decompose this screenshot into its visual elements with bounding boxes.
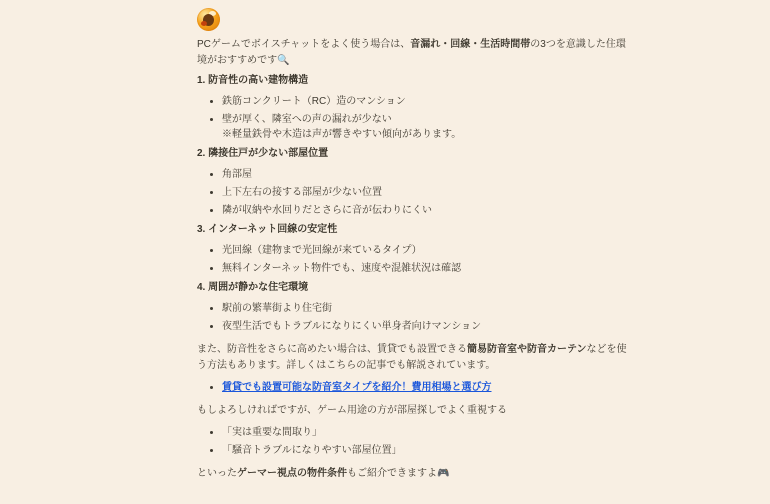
offer-paragraph: もしよろしければですが、ゲーム用途の方が部屋探しでよく重視する bbox=[197, 403, 633, 419]
note-line: ※軽量鉄骨や木造は声が響きやすい傾向があります。 bbox=[222, 127, 633, 142]
list-item: 鉄筋コンクリート（RC）造のマンション bbox=[222, 94, 633, 109]
followup-paragraph: また、防音性をさらに高めたい場合は、賃貸でも設置できる簡易防音室や防音カーテンな… bbox=[197, 342, 633, 374]
article-link-list: 賃貸でも設置可能な防音室タイプを紹介！費用相場と選び方 bbox=[197, 380, 633, 395]
offer-list: 「実は重要な間取り」 「騒音トラブルになりやすい部屋位置」 bbox=[197, 425, 633, 458]
list-item: 夜型生活でもトラブルになりにくい単身者向けマンション bbox=[222, 319, 633, 334]
closing-text: といった bbox=[197, 468, 237, 479]
followup-bold-keywords: 簡易防音室や防音カーテン bbox=[467, 344, 587, 355]
section-list-quiet-area: 駅前の繁華街より住宅街 夜型生活でもトラブルになりにくい単身者向けマンション bbox=[197, 301, 633, 334]
intro-text: PCゲームでボイスチャットをよく使う場合は、 bbox=[197, 39, 410, 50]
section-list-soundproof-structure: 鉄筋コンクリート（RC）造のマンション 壁が厚く、隣室への声の漏れが少ない※軽量… bbox=[197, 94, 633, 142]
soundproof-room-article-link[interactable]: 賃貸でも設置可能な防音室タイプを紹介！費用相場と選び方 bbox=[222, 382, 492, 393]
list-item: 無料インターネット物件でも、速度や混雑状況は確認 bbox=[222, 261, 633, 276]
followup-text: また、防音性をさらに高めたい場合は、賃貸でも設置できる bbox=[197, 344, 467, 355]
section-heading-room-position: 2. 隣接住戸が少ない部屋位置 bbox=[197, 146, 633, 161]
closing-text-tail: もご紹介できますよ🎮 bbox=[347, 468, 449, 479]
assistant-message: PCゲームでボイスチャットをよく使う場合は、音漏れ・回線・生活時間帯の3つを意識… bbox=[197, 8, 633, 482]
list-item: 「騒音トラブルになりやすい部屋位置」 bbox=[222, 443, 633, 458]
list-item: 隣が収納や水回りだとさらに音が伝わりにくい bbox=[222, 203, 633, 218]
intro-paragraph: PCゲームでボイスチャットをよく使う場合は、音漏れ・回線・生活時間帯の3つを意識… bbox=[197, 37, 633, 69]
section-heading-quiet-area: 4. 周囲が静かな住宅環境 bbox=[197, 280, 633, 295]
avatar-cheek bbox=[201, 21, 207, 26]
section-list-room-position: 角部屋 上下左右の接する部屋が少ない位置 隣が収納や水回りだとさらに音が伝わりに… bbox=[197, 167, 633, 218]
list-item: 光回線（建物まで光回線が来ているタイプ） bbox=[222, 243, 633, 258]
list-item: 駅前の繁華街より住宅街 bbox=[222, 301, 633, 316]
section-heading-internet-line: 3. インターネット回線の安定性 bbox=[197, 222, 633, 237]
list-item: 上下左右の接する部屋が少ない位置 bbox=[222, 185, 633, 200]
list-item: 角部屋 bbox=[222, 167, 633, 182]
intro-bold-keywords: 音漏れ・回線・生活時間帯 bbox=[410, 39, 530, 50]
list-item: 壁が厚く、隣室への声の漏れが少ない※軽量鉄骨や木造は声が響きやすい傾向があります… bbox=[222, 112, 633, 142]
section-list-internet-line: 光回線（建物まで光回線が来ているタイプ） 無料インターネット物件でも、速度や混雑… bbox=[197, 243, 633, 276]
section-heading-soundproof-structure: 1. 防音性の高い建物構造 bbox=[197, 73, 633, 88]
list-item: 「実は重要な間取り」 bbox=[222, 425, 633, 440]
closing-paragraph: といったゲーマー視点の物件条件もご紹介できますよ🎮 bbox=[197, 466, 633, 482]
list-item: 賃貸でも設置可能な防音室タイプを紹介！費用相場と選び方 bbox=[222, 380, 633, 395]
assistant-avatar bbox=[197, 8, 220, 31]
list-item-text: 壁が厚く、隣室への声の漏れが少ない bbox=[222, 114, 392, 125]
closing-bold-keywords: ゲーマー視点の物件条件 bbox=[237, 468, 347, 479]
